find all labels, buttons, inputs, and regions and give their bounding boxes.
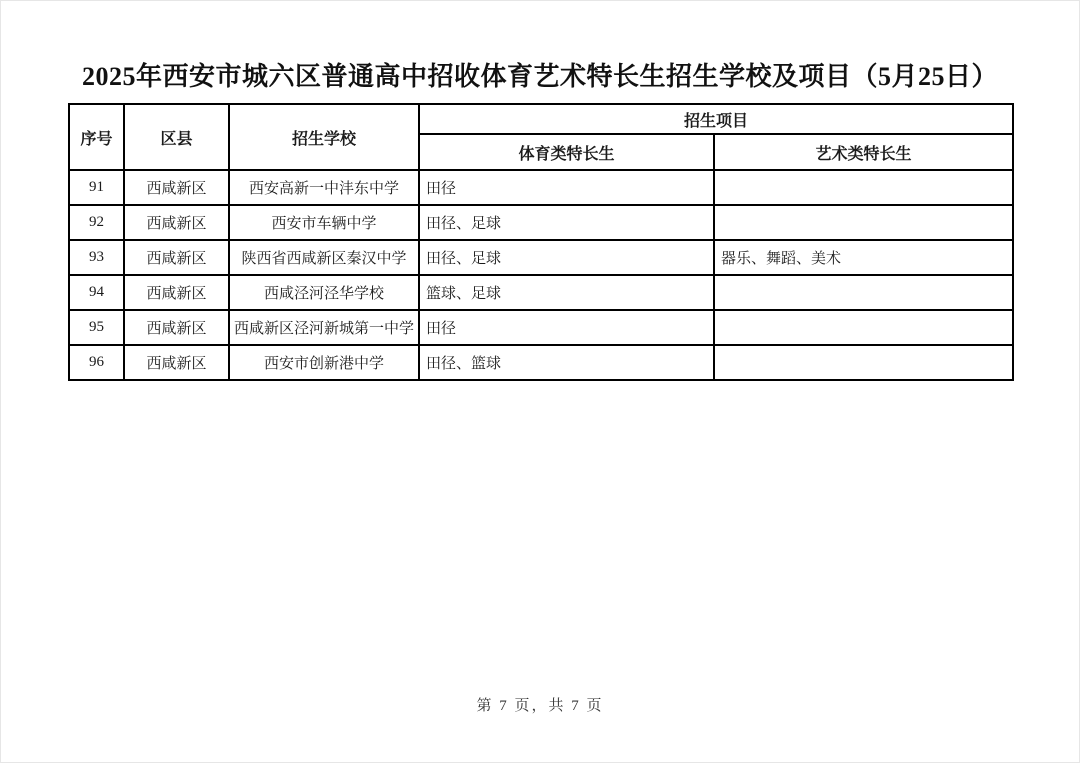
table-body: 91 西咸新区 西安高新一中沣东中学 田径 92 西咸新区 西安市车辆中学 田径…	[69, 170, 1013, 380]
cell-school: 陕西省西咸新区秦汉中学	[229, 240, 419, 275]
cell-arts	[714, 170, 1013, 205]
header-district: 区县	[124, 104, 229, 170]
cell-sports: 田径	[419, 310, 714, 345]
cell-district: 西咸新区	[124, 240, 229, 275]
cell-arts	[714, 345, 1013, 380]
document-title: 2025年西安市城六区普通高中招收体育艺术特长生招生学校及项目（5月25日）	[0, 56, 1080, 93]
header-arts: 艺术类特长生	[714, 134, 1013, 170]
cell-seq: 91	[69, 170, 124, 205]
table-row: 91 西咸新区 西安高新一中沣东中学 田径	[69, 170, 1013, 205]
cell-school: 西安高新一中沣东中学	[229, 170, 419, 205]
cell-school: 西安市车辆中学	[229, 205, 419, 240]
header-projects: 招生项目	[419, 104, 1013, 134]
cell-district: 西咸新区	[124, 170, 229, 205]
header-school: 招生学校	[229, 104, 419, 170]
table-row: 92 西咸新区 西安市车辆中学 田径、足球	[69, 205, 1013, 240]
page-number: 第 7 页，共 7 页	[0, 694, 1080, 715]
cell-sports: 篮球、足球	[419, 275, 714, 310]
cell-school: 西咸新区泾河新城第一中学	[229, 310, 419, 345]
header-sports: 体育类特长生	[419, 134, 714, 170]
cell-arts	[714, 205, 1013, 240]
cell-district: 西咸新区	[124, 275, 229, 310]
cell-seq: 93	[69, 240, 124, 275]
table-header: 序号 区县 招生学校 招生项目 体育类特长生 艺术类特长生	[69, 104, 1013, 170]
document-page: 2025年西安市城六区普通高中招收体育艺术特长生招生学校及项目（5月25日） 序…	[0, 0, 1080, 763]
cell-arts	[714, 275, 1013, 310]
cell-district: 西咸新区	[124, 310, 229, 345]
table-row: 96 西咸新区 西安市创新港中学 田径、篮球	[69, 345, 1013, 380]
enrollment-table: 序号 区县 招生学校 招生项目 体育类特长生 艺术类特长生 91 西咸新区 西安…	[68, 103, 1014, 381]
cell-sports: 田径	[419, 170, 714, 205]
table-row: 94 西咸新区 西咸泾河泾华学校 篮球、足球	[69, 275, 1013, 310]
cell-district: 西咸新区	[124, 345, 229, 380]
cell-district: 西咸新区	[124, 205, 229, 240]
cell-seq: 95	[69, 310, 124, 345]
table-row: 95 西咸新区 西咸新区泾河新城第一中学 田径	[69, 310, 1013, 345]
cell-sports: 田径、篮球	[419, 345, 714, 380]
cell-sports: 田径、足球	[419, 240, 714, 275]
cell-school: 西安市创新港中学	[229, 345, 419, 380]
cell-seq: 94	[69, 275, 124, 310]
cell-arts: 器乐、舞蹈、美术	[714, 240, 1013, 275]
cell-sports: 田径、足球	[419, 205, 714, 240]
cell-school: 西咸泾河泾华学校	[229, 275, 419, 310]
cell-arts	[714, 310, 1013, 345]
table-row: 93 西咸新区 陕西省西咸新区秦汉中学 田径、足球 器乐、舞蹈、美术	[69, 240, 1013, 275]
cell-seq: 92	[69, 205, 124, 240]
header-seq: 序号	[69, 104, 124, 170]
cell-seq: 96	[69, 345, 124, 380]
